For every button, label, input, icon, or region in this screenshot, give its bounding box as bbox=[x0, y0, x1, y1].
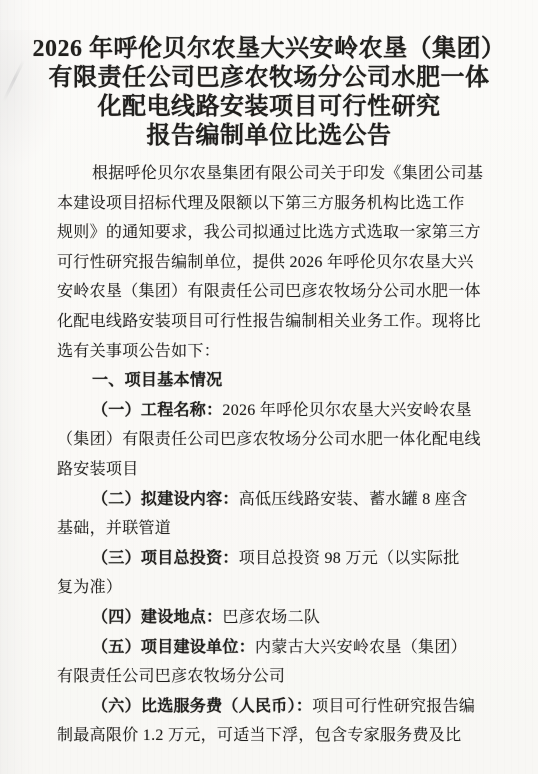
body-text: 复为准） bbox=[57, 579, 122, 596]
body-text: 本建设项目招标代理及限额以下第三方服务机构比选工作 bbox=[57, 195, 465, 212]
body-line: 一、项目基本情况 bbox=[57, 366, 518, 396]
body-line: 复为准） bbox=[57, 573, 518, 603]
body-line: （五）项目建设单位：内蒙古大兴安岭农垦（集团） bbox=[57, 633, 518, 663]
body-line: 有限责任公司巴彦农牧场分公司 bbox=[57, 662, 518, 692]
title-line: 2026 年呼伦贝尔农垦大兴安岭农垦（集团） bbox=[10, 35, 528, 64]
body-line: 根据呼伦贝尔农垦集团有限公司关于印发《集团公司基 bbox=[57, 159, 518, 189]
title-line: 报告编制单位比选公告 bbox=[10, 122, 528, 151]
body-text: 项目可行性研究报告编 bbox=[312, 698, 475, 715]
body-line: （四）建设地点：巴彦农场二队 bbox=[57, 603, 518, 633]
body-line: （三）项目总投资：项目总投资 98 万元（以实际批 bbox=[57, 544, 518, 574]
body-text: 规则》的通知要求，我公司拟通过比选方式选取一家第三方 bbox=[57, 224, 481, 241]
body-line: 基础，并联管道 bbox=[57, 514, 518, 544]
body-text: 高低压线路安装、蓄水罐 8 座含 bbox=[239, 491, 468, 508]
body-text: 化配电线路安装项目可行性报告编制相关业务工作。现将比 bbox=[57, 313, 481, 330]
scan-smudge bbox=[0, 30, 60, 170]
body-bold-label: （三）项目总投资： bbox=[92, 550, 239, 567]
title-line: 化配电线路安装项目可行性研究 bbox=[10, 93, 528, 122]
body-line: （二）拟建设内容：高低压线路安装、蓄水罐 8 座含 bbox=[57, 485, 518, 515]
body-bold-label: （五）项目建设单位： bbox=[92, 639, 255, 656]
body-line: 路安装项目 bbox=[57, 455, 518, 485]
body-text: 基础，并联管道 bbox=[57, 520, 171, 537]
body-text: 有限责任公司巴彦农牧场分公司 bbox=[57, 668, 285, 685]
body-text: 路安装项目 bbox=[57, 461, 139, 478]
body-line: 制最高限价 1.2 万元，可适当下浮，包含专家服务费及比 bbox=[57, 721, 518, 751]
body-text: 2026 年呼伦贝尔农垦大兴安岭农垦 bbox=[222, 402, 471, 419]
body-line: 规则》的通知要求，我公司拟通过比选方式选取一家第三方 bbox=[57, 218, 518, 248]
body-bold-label: （六）比选服务费（人民币）： bbox=[92, 698, 312, 715]
document-body: 根据呼伦贝尔农垦集团有限公司关于印发《集团公司基本建设项目招标代理及限额以下第三… bbox=[0, 159, 538, 751]
body-text: 内蒙古大兴安岭农垦（集团） bbox=[255, 639, 467, 656]
body-bold-label: （四）建设地点： bbox=[92, 609, 222, 626]
title-line: 有限责任公司巴彦农牧场分公司水肥一体 bbox=[10, 64, 528, 93]
body-text: 选有关事项公告如下： bbox=[57, 343, 220, 360]
body-text: 根据呼伦贝尔农垦集团有限公司关于印发《集团公司基 bbox=[92, 165, 483, 182]
document-title: 2026 年呼伦贝尔农垦大兴安岭农垦（集团）有限责任公司巴彦农牧场分公司水肥一体… bbox=[10, 35, 528, 151]
body-bold-label: （二）拟建设内容： bbox=[92, 491, 239, 508]
body-line: （一）工程名称：2026 年呼伦贝尔农垦大兴安岭农垦 bbox=[57, 396, 518, 426]
body-line: 本建设项目招标代理及限额以下第三方服务机构比选工作 bbox=[57, 189, 518, 219]
body-text: 安岭农垦（集团）有限责任公司巴彦农牧场分公司水肥一体 bbox=[57, 283, 481, 300]
body-text: 项目总投资 98 万元（以实际批 bbox=[239, 550, 460, 567]
body-line: （集团）有限责任公司巴彦农牧场分公司水肥一体化配电线 bbox=[57, 425, 518, 455]
body-line: 可行性研究报告编制单位，提供 2026 年呼伦贝尔农垦大兴 bbox=[57, 248, 518, 278]
body-line: 选有关事项公告如下： bbox=[57, 337, 518, 367]
body-text: （集团）有限责任公司巴彦农牧场分公司水肥一体化配电线 bbox=[57, 431, 481, 448]
body-line: （六）比选服务费（人民币）：项目可行性研究报告编 bbox=[57, 692, 518, 722]
body-text: 巴彦农场二队 bbox=[222, 609, 320, 626]
document-page: 2026 年呼伦贝尔农垦大兴安岭农垦（集团）有限责任公司巴彦农牧场分公司水肥一体… bbox=[0, 0, 538, 774]
body-bold-label: （一）工程名称： bbox=[92, 402, 222, 419]
body-line: 化配电线路安装项目可行性报告编制相关业务工作。现将比 bbox=[57, 307, 518, 337]
body-text: 可行性研究报告编制单位，提供 2026 年呼伦贝尔农垦大兴 bbox=[57, 254, 474, 271]
body-text: 制最高限价 1.2 万元，可适当下浮，包含专家服务费及比 bbox=[57, 727, 461, 744]
body-bold-label: 一、项目基本情况 bbox=[92, 372, 222, 389]
body-line: 安岭农垦（集团）有限责任公司巴彦农牧场分公司水肥一体 bbox=[57, 277, 518, 307]
